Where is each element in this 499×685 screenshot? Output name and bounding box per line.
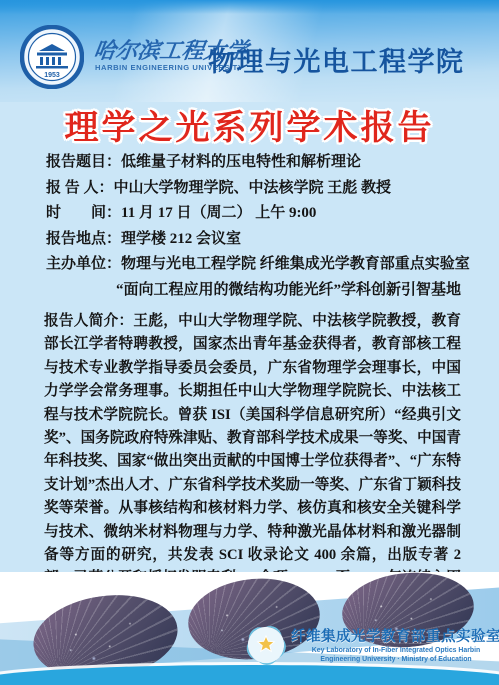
lab-name-en-line2: Engineering University · Ministry of Edu…: [291, 656, 499, 665]
lab-name-en: Key Laboratory of In-Fiber Integrated Op…: [291, 647, 499, 664]
detail-row-host-line2: “面向工程应用的微结构功能光纤”学科创新引智基地: [46, 278, 458, 304]
lecture-poster: 1953 哈尔滨工程大学 HARBIN ENGINEERING UNIVERSI…: [0, 0, 499, 685]
speaker-bio: 报告人简介：王彪，中山大学物理学院、中法核学院教授，教育部长江学者特聘教授，国家…: [44, 310, 461, 614]
series-title: 理学之光系列学术报告: [65, 100, 435, 149]
series-banner: 理学之光系列学术报告: [0, 100, 499, 149]
detail-label: 报 告 人：: [46, 180, 114, 196]
detail-value: “面向工程应用的微结构功能光纤”学科创新引智基地: [116, 282, 461, 298]
lab-badge: 纤维集成光学教育部重点实验室 Key Laboratory of In-Fibe…: [246, 625, 499, 665]
college-name: 物理与光电工程学院: [208, 40, 465, 79]
footer: 纤维集成光学教育部重点实验室 Key Laboratory of In-Fibe…: [0, 572, 499, 685]
detail-label: 时 间：: [46, 205, 121, 221]
footer-blue-strip: [0, 665, 499, 685]
lecture-details: 报告题目：低维量子材料的压电特性和解析理论 报 告 人：中山大学物理学院、中法核…: [46, 150, 458, 304]
detail-row-topic: 报告题目：低维量子材料的压电特性和解析理论: [46, 150, 458, 176]
header: 1953 哈尔滨工程大学 HARBIN ENGINEERING UNIVERSI…: [0, 0, 499, 102]
lab-name-cn: 纤维集成光学教育部重点实验室: [291, 625, 499, 646]
svg-text:1953: 1953: [44, 72, 60, 79]
detail-row-host: 主办单位：物理与光电工程学院 纤维集成光学教育部重点实验室: [46, 252, 458, 278]
detail-value: 低维量子材料的压电特性和解析理论: [121, 154, 361, 170]
detail-value: 物理与光电工程学院 纤维集成光学教育部重点实验室: [121, 256, 470, 272]
detail-value: 中山大学物理学院、中法核学院 王彪 教授: [114, 180, 392, 196]
lab-logo-icon: [246, 625, 286, 665]
detail-row-time: 时 间：11 月 17 日（周二） 上午 9:00: [46, 201, 458, 227]
detail-label: 报告题目：: [46, 154, 121, 170]
detail-label: 报告地点：: [46, 231, 121, 247]
university-name-cn: 哈尔滨工程大学: [92, 34, 226, 65]
detail-row-speaker: 报 告 人：中山大学物理学院、中法核学院 王彪 教授: [46, 176, 458, 202]
lab-text-block: 纤维集成光学教育部重点实验室 Key Laboratory of In-Fibe…: [291, 625, 499, 664]
detail-value: 理学楼 212 会议室: [121, 231, 241, 247]
university-logo-icon: 1953: [20, 25, 84, 89]
detail-row-location: 报告地点：理学楼 212 会议室: [46, 227, 458, 253]
detail-value: 11 月 17 日（周二） 上午 9:00: [121, 205, 316, 221]
lab-name-en-line1: Key Laboratory of In-Fiber Integrated Op…: [291, 647, 499, 656]
detail-label: 主办单位：: [46, 256, 121, 272]
